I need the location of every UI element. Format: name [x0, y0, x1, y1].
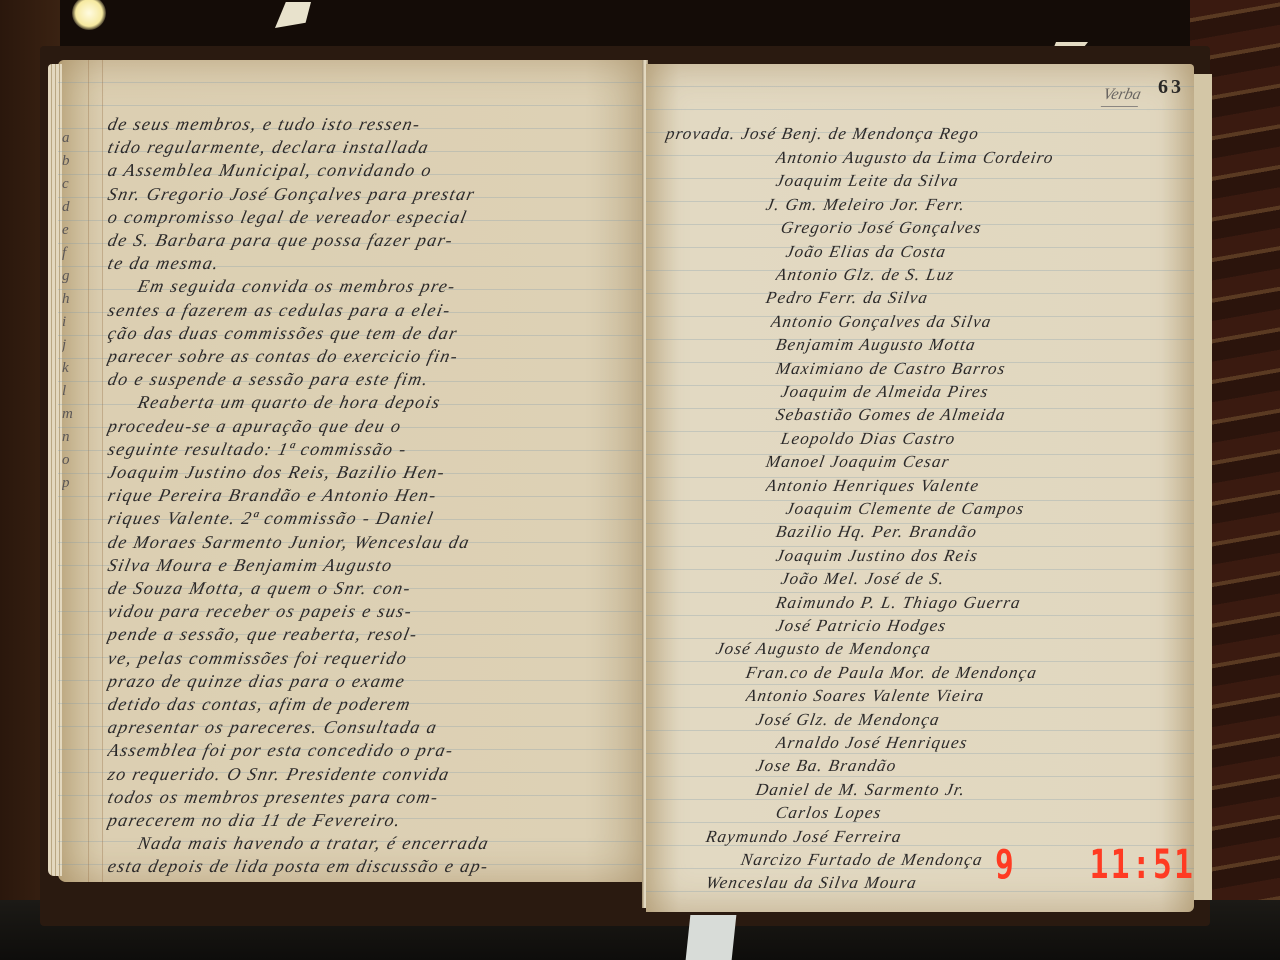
margin-mark: d: [62, 199, 102, 216]
signature: Jose Ba. Brandão: [754, 756, 1196, 776]
right-page: Verba 63 provada. José Benj. de Mendonça…: [646, 64, 1194, 912]
handwritten-line: pende a sessão, que reaberta, resol-: [106, 624, 646, 645]
handwritten-line: detido das contas, afim de poderem: [106, 694, 646, 715]
signature: Daniel de M. Sarmento Jr.: [754, 780, 1196, 800]
signature: Maximiano de Castro Barros: [774, 359, 1196, 379]
margin-mark: k: [62, 360, 102, 377]
margin-mark: j: [62, 337, 102, 354]
handwritten-line: ção das duas commissões que tem de dar: [106, 323, 646, 344]
signature: Antonio Soares Valente Vieira: [744, 686, 1196, 706]
signature: João Elias da Costa: [784, 242, 1196, 262]
camera-timestamp: 9 11:51: [995, 842, 1195, 888]
handwritten-line: Em seguida convida os membros pre-: [136, 276, 646, 297]
signature: Gregorio José Gonçalves: [779, 218, 1196, 238]
signature: João Mel. José de S.: [779, 569, 1196, 589]
margin-mark: f: [62, 245, 102, 262]
paper-tab: [686, 915, 737, 960]
margin-rule: [102, 60, 103, 882]
handwritten-line: apresentar os pareceres. Consultada a: [106, 717, 646, 738]
signature: Manoel Joaquim Cesar: [764, 452, 1196, 472]
margin-mark: h: [62, 291, 102, 308]
handwritten-line: vidou para receber os papeis e sus-: [106, 601, 646, 622]
margin-mark: g: [62, 268, 102, 285]
signature: Pedro Ferr. da Silva: [764, 288, 1196, 308]
signature: Fran.co de Paula Mor. de Mendonça: [744, 663, 1196, 683]
margin-mark: a: [62, 130, 102, 147]
signature: Antonio Henriques Valente: [764, 476, 1196, 496]
handwritten-line: Silva Moura e Benjamim Augusto: [106, 555, 646, 576]
signature: Joaquim Clemente de Campos: [784, 499, 1196, 519]
page-number: 63: [1158, 76, 1184, 99]
handwritten-line: a Assemblea Municipal, convidando o: [106, 160, 646, 181]
signature: J. Gm. Meleiro Jor. Ferr.: [764, 195, 1196, 215]
handwritten-line: procedeu-se a apuração que deu o: [106, 416, 646, 437]
signature: Bazilio Hq. Per. Brandão: [774, 522, 1196, 542]
handwritten-line: Nada mais havendo a tratar, é encerrada: [136, 833, 646, 854]
handwritten-line: Assemblea foi por esta concedido o pra-: [106, 740, 646, 761]
handwritten-line: Snr. Gregorio José Gonçalves para presta…: [106, 184, 646, 205]
handwritten-line: de Souza Motta, a quem o Snr. con-: [106, 578, 646, 599]
handwritten-line: zo requerido. O Snr. Presidente convida: [106, 764, 646, 785]
signature: Joaquim de Almeida Pires: [779, 382, 1196, 402]
handwritten-line: sentes a fazerem as cedulas para a elei-: [106, 300, 646, 321]
signature: Joaquim Leite da Silva: [774, 171, 1196, 191]
handwritten-line: Reaberta um quarto de hora depois: [136, 392, 646, 413]
margin-mark: c: [62, 176, 102, 193]
signature: Antonio Gonçalves da Silva: [769, 312, 1196, 332]
signature: Sebastião Gomes de Almeida: [774, 405, 1196, 425]
handwritten-line: tido regularmente, declara installada: [106, 137, 646, 158]
signature: Antonio Glz. de S. Luz: [774, 265, 1196, 285]
margin-mark: e: [62, 222, 102, 239]
handwritten-line: de Moraes Sarmento Junior, Wenceslau da: [106, 532, 646, 553]
signature: Arnaldo José Henriques: [774, 733, 1196, 753]
handwritten-line: parecer sobre as contas do exercicio fin…: [106, 346, 646, 367]
margin-mark: i: [62, 314, 102, 331]
signature: Carlos Lopes: [774, 803, 1196, 823]
margin-mark: b: [62, 153, 102, 170]
timestamp-time: 11:51: [1090, 842, 1196, 888]
signature: Raimundo P. L. Thiago Guerra: [774, 593, 1196, 613]
handwritten-line: te da mesma.: [106, 253, 646, 274]
handwritten-line: parecerem no dia 11 de Fevereiro.: [106, 810, 646, 831]
handwritten-line: prazo de quinze dias para o exame: [106, 671, 646, 692]
margin-mark: n: [62, 429, 102, 446]
signature: Joaquim Justino dos Reis: [774, 546, 1196, 566]
signature: José Augusto de Mendonça: [714, 639, 1196, 659]
handwritten-line: esta depois de lida posta em discussão e…: [106, 856, 646, 877]
signature: Benjamim Augusto Motta: [774, 335, 1196, 355]
handwritten-line: o compromisso legal de vereador especial: [106, 207, 646, 228]
left-page: abcdefghijklmnop de seus membros, e tudo…: [58, 60, 644, 882]
handwritten-line: riques Valente. 2ª commissão - Daniel: [106, 508, 646, 529]
margin-mark: p: [62, 475, 102, 492]
signature: Leopoldo Dias Castro: [779, 429, 1196, 449]
handwritten-line: todos os membros presentes para com-: [106, 787, 646, 808]
handwritten-line: seguinte resultado: 1ª commissão -: [106, 439, 646, 460]
handwritten-line: do e suspende a sessão para este fim.: [106, 369, 646, 390]
handwritten-line: ve, pelas commissões foi requerido: [106, 648, 646, 669]
handwritten-line: rique Pereira Brandão e Antonio Hen-: [106, 485, 646, 506]
signature: Antonio Augusto da Lima Cordeiro: [774, 148, 1196, 168]
signature: José Glz. de Mendonça: [754, 710, 1196, 730]
page-edge: [1194, 74, 1212, 900]
handwritten-line: Joaquim Justino dos Reis, Bazilio Hen-: [106, 462, 646, 483]
signature: José Patricio Hodges: [774, 616, 1196, 636]
margin-mark: l: [62, 383, 102, 400]
margin-mark: o: [62, 452, 102, 469]
handwritten-line: de seus membros, e tudo isto ressen-: [106, 114, 646, 135]
margin-mark: m: [62, 406, 102, 423]
header-note: Verba: [1100, 86, 1142, 107]
handwritten-line: de S. Barbara para que possa fazer par-: [106, 230, 646, 251]
timestamp-day: 9: [995, 842, 1016, 888]
closing-line: provada. José Benj. de Mendonça Rego: [664, 124, 1196, 144]
